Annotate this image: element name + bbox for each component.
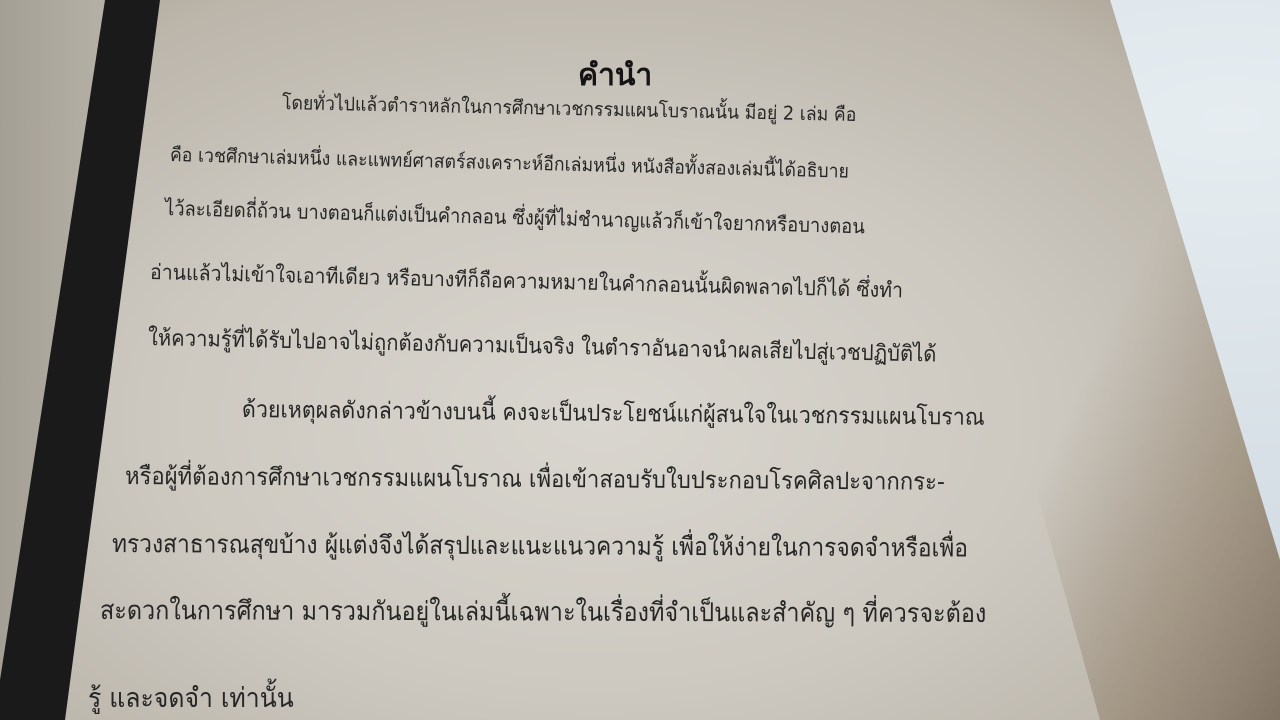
- page-title: คำนำ: [578, 52, 652, 99]
- text-line-7: หรือผู้ที่ต้องการศึกษาเวชกรรมแผนโบราณ เพ…: [125, 456, 945, 501]
- text-line-9: สะดวกในการศึกษา มารวมกันอยู่ในเล่มนี้เฉพ…: [100, 590, 986, 634]
- text-line-8: ทรวงสาธารณสุขบ้าง ผู้แต่งจึงได้สรุปและแน…: [112, 524, 968, 568]
- text-line-10: รู้ และจดจำ เท่านั้น: [88, 676, 294, 719]
